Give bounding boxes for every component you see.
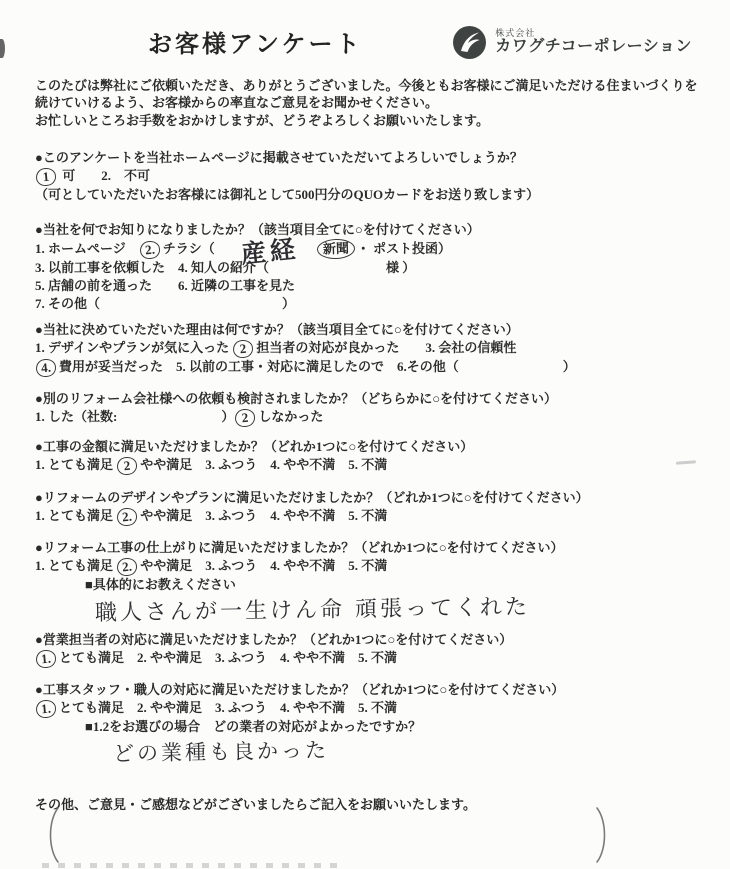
intro-text: このたびは弊社にご依頼いただき、ありがとうございました。今後ともお客様にご満足い… [35,77,702,129]
option-text: 費用が妥当だった 5. 以前の工事・対応に満足したので 6.その他（ ） [59,359,576,374]
question-how-found-us: ●当社を何でお知りになりましたか？（該当項目全てに○を付けてください） 1. ホ… [35,221,714,313]
handwritten-comment-craftsmen: どの業種も良かった [113,741,329,763]
option-text: しなかった [258,409,323,424]
company-prefix: 株式会社 [495,28,692,38]
circled-answer-mark: 2 [235,408,256,428]
option-text: やや満足 3. ふつう 4. やや不満 5. 不満 [140,457,387,472]
company-name-block: 株式会社 カワグチコーポレーション [495,28,692,57]
question-note: （可としていただいたお客様には御礼として500円分のQUOカードをお送り致します… [35,186,714,204]
question-design-satisfaction: ●リフォームのデザインやプランに満足いただけましたか？（どれか1つに○を付けてく… [35,489,714,526]
intro-line-1: このたびは弊社にご依頼いただき、ありがとうございました。今後ともお客様にご満足い… [35,78,697,93]
swoosh-circle-icon [451,24,488,61]
open-paren-mark [45,806,61,869]
intro-line-3: お忙しいところお手数をおかけしますが、どうぞよろしくお願いいたします。 [35,113,489,128]
option-text: やや満足 3. ふつう 4. やや不満 5. 不満 [140,508,387,523]
circled-answer-mark: 2 [117,456,138,476]
company-logo: 株式会社 カワグチコーポレーション [451,24,692,61]
question-title: ●当社を何でお知りになりましたか？（該当項目全てに○を付けてください） [35,221,714,239]
question-options: 1.とても満足 2. やや満足 3. ふつう 4. やや不満 5. 不満 [35,699,714,718]
option-text: 1. ホームページ [35,241,139,256]
question-options: 1. とても満足 2.やや満足 3. ふつう 4. やや不満 5. 不満 [35,557,714,576]
option-text: 可 2. 不可 [62,168,150,183]
question-title: ●当社に決めていただいた理由は何ですか？（該当項目全てに○を付けてください） [35,321,714,339]
circled-answer-mark: 2 [233,339,254,359]
option-text: とても満足 2. やや満足 3. ふつう 4. やや不満 5. 不満 [59,650,397,665]
page-title: お客様アンケート [148,24,363,59]
option-text: とても満足 2. やや満足 3. ふつう 4. やや不満 5. 不満 [59,700,397,715]
free-comment-area [45,806,610,864]
question-options: 1 可 2. 不可 [35,167,714,186]
intro-line-2: 続けていけるよう、お客様からの率直なご意見をお聞かせください。 [35,95,438,110]
question-other-companies: ●別のリフォーム会社様への依頼も検討されましたか？（どちらかに○を付けてください… [35,390,714,427]
question-publish-consent: ●このアンケートを当社ホームページに掲載させていただいてよろしいでしょうか？ 1… [35,149,714,204]
survey-document: お客様アンケート 株式会社 カワグチコーポレーション このたびは弊社にご依頼いた… [0,0,730,869]
question-options: 3. 以前工事を依頼した 4. 知人の紹介（ 様 ） [35,259,714,277]
handwritten-comment-finish: 職人さんが一生けん命 頑張ってくれた [95,599,530,623]
option-text: 1. とても満足 [35,508,116,523]
option-text: 1. とても満足 [35,558,116,573]
question-price-satisfaction: ●工事の金額に満足いただけましたか？（どれか1つに○を付けてください） 1. と… [35,438,714,475]
circled-word-newspaper: 新聞 [316,239,355,260]
question-title: ●工事スタッフ・職人の対応に満足いただけましたか？（どれか1つに○を付けてくださ… [35,681,714,699]
question-sales-rep-satisfaction: ●営業担当者の対応に満足いただけましたか？（どれか1つに○を付けてください） 1… [35,631,714,668]
question-options: 7. その他（ ） [35,295,714,313]
question-craftsmen-satisfaction: ●工事スタッフ・職人の対応に満足いただけましたか？（どれか1つに○を付けてくださ… [35,681,714,764]
question-options: 1. デザインやプランが気に入った 2担当者の対応が良かった 3. 会社の信頼性 [35,339,714,358]
question-title: ●このアンケートを当社ホームページに掲載させていただいてよろしいでしょうか？ [35,149,714,167]
close-paren-mark [594,806,610,869]
question-title: ●別のリフォーム会社様への依頼も検討されましたか？（どちらかに○を付けてください… [35,390,714,408]
question-title: ●工事の金額に満足いただけましたか？（どれか1つに○を付けてください） [35,438,714,456]
question-title: ●リフォームのデザインやプランに満足いただけましたか？（どれか1つに○を付けてく… [35,489,714,507]
question-options: 1. とても満足 2やや満足 3. ふつう 4. やや不満 5. 不満 [35,456,714,475]
option-text: 1. した（社数: ） [35,409,234,424]
option-text: やや満足 3. ふつう 4. やや不満 5. 不満 [140,558,387,573]
sub-question-label: ■1.2をお選びの場合 どの業者の対応がよかったですか？ [85,718,714,736]
question-title: ●リフォーム工事の仕上がりに満足いただけましたか？（どれか1つに○を付けてくださ… [35,539,714,557]
question-options: 1. した（社数: ）2しなかった [35,408,714,427]
question-options: 1. とても満足 2.やや満足 3. ふつう 4. やや不満 5. 不満 [35,507,714,526]
question-options: 5. 店舗の前を通った 6. 近隣の工事を見た [35,277,714,295]
question-title: ●営業担当者の対応に満足いただけましたか？（どれか1つに○を付けてください） [35,631,714,649]
company-name: カワグチコーポレーション [495,38,692,56]
option-text: 1. とても満足 [35,457,116,472]
circled-answer-mark: 2. [139,240,160,260]
question-options: 1.とても満足 2. やや満足 3. ふつう 4. やや不満 5. 不満 [35,649,714,668]
question-options: 1. ホームページ 2.チラシ（産経新聞・ ポスト投函） [35,239,714,259]
sub-question-label: ■具体的にお教えください [85,576,714,594]
header: お客様アンケート 株式会社 カワグチコーポレーション [0,0,730,61]
question-finish-satisfaction: ●リフォーム工事の仕上がりに満足いただけましたか？（どれか1つに○を付けてくださ… [35,539,714,622]
circled-answer-mark: 1. [35,649,56,669]
circled-answer-mark: 1 [35,167,56,187]
circled-answer-mark: 2. [117,557,138,577]
circled-answer-mark: 1. [35,699,56,719]
circled-answer-mark: 4. [35,358,56,378]
option-text: チラシ（ [163,241,215,256]
option-text: ・ ポスト投函） [357,241,451,256]
circled-answer-mark: 2. [117,507,138,527]
question-options: 4.費用が妥当だった 5. 以前の工事・対応に満足したので 6.その他（ ） [35,358,714,377]
handwritten-newspaper-name: 産経 [240,244,299,260]
option-text: 担当者の対応が良かった 3. 会社の信頼性 [256,340,516,355]
question-reason-chosen: ●当社に決めていただいた理由は何ですか？（該当項目全てに○を付けてください） 1… [35,321,714,377]
option-text: 1. デザインやプランが気に入った [35,340,232,355]
